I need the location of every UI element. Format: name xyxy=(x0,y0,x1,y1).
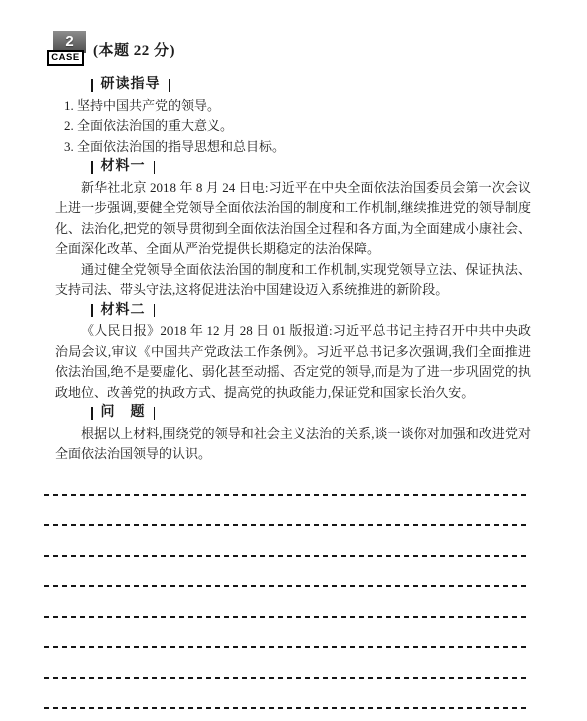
section-header-material1: 材料一 xyxy=(83,157,531,178)
guide-item: 2. 全面依法治国的重大意义。 xyxy=(64,116,531,137)
answer-line xyxy=(44,679,526,710)
answer-line xyxy=(44,465,526,496)
vertical-bar xyxy=(169,79,171,92)
answer-area xyxy=(44,465,526,709)
section-header-material2: 材料二 xyxy=(83,301,531,322)
section-header-guide: 研读指导 xyxy=(83,75,531,96)
section-title-material1: 材料一 xyxy=(101,157,146,178)
answer-line xyxy=(44,587,526,618)
score-note: (本题 22 分) xyxy=(93,39,175,60)
worksheet-page: 2 CASE (本题 22 分) 研读指导 1. 坚持中国共产党的领导。 2. … xyxy=(0,0,587,721)
answer-line xyxy=(44,648,526,679)
section-title-guide: 研读指导 xyxy=(101,75,161,96)
material1-paragraph-1: 新华社北京 2018 年 8 月 24 日电:习近平在中央全面依法治国委员会第一… xyxy=(55,178,531,260)
answer-line xyxy=(44,526,526,557)
vertical-bar xyxy=(91,407,93,420)
answer-line xyxy=(44,496,526,527)
case-badge: 2 CASE xyxy=(47,31,87,67)
vertical-bar xyxy=(154,161,156,174)
section-title-question: 问 题 xyxy=(101,403,146,424)
material1-paragraph-2: 通过健全党领导全面依法治国的制度和工作机制,实现党领导立法、保证执法、支持司法、… xyxy=(55,260,531,301)
vertical-bar xyxy=(91,304,93,317)
answer-line xyxy=(44,618,526,649)
content-area: 研读指导 1. 坚持中国共产党的领导。 2. 全面依法治国的重大意义。 3. 全… xyxy=(55,75,531,465)
vertical-bar xyxy=(91,161,93,174)
vertical-bar xyxy=(91,79,93,92)
section-header-question: 问 题 xyxy=(83,403,531,424)
guide-item: 3. 全面依法治国的指导思想和总目标。 xyxy=(64,137,531,158)
section-title-material2: 材料二 xyxy=(101,301,146,322)
question-paragraph: 根据以上材料,围绕党的领导和社会主义法治的关系,谈一谈你对加强和改进党对全面依法… xyxy=(55,424,531,465)
material2-paragraph-1: 《人民日报》2018 年 12 月 28 日 01 版报道:习近平总书记主持召开… xyxy=(55,321,531,403)
vertical-bar xyxy=(154,407,156,420)
answer-line xyxy=(44,557,526,588)
guide-item: 1. 坚持中国共产党的领导。 xyxy=(64,96,531,117)
case-label: CASE xyxy=(47,50,84,66)
vertical-bar xyxy=(154,304,156,317)
